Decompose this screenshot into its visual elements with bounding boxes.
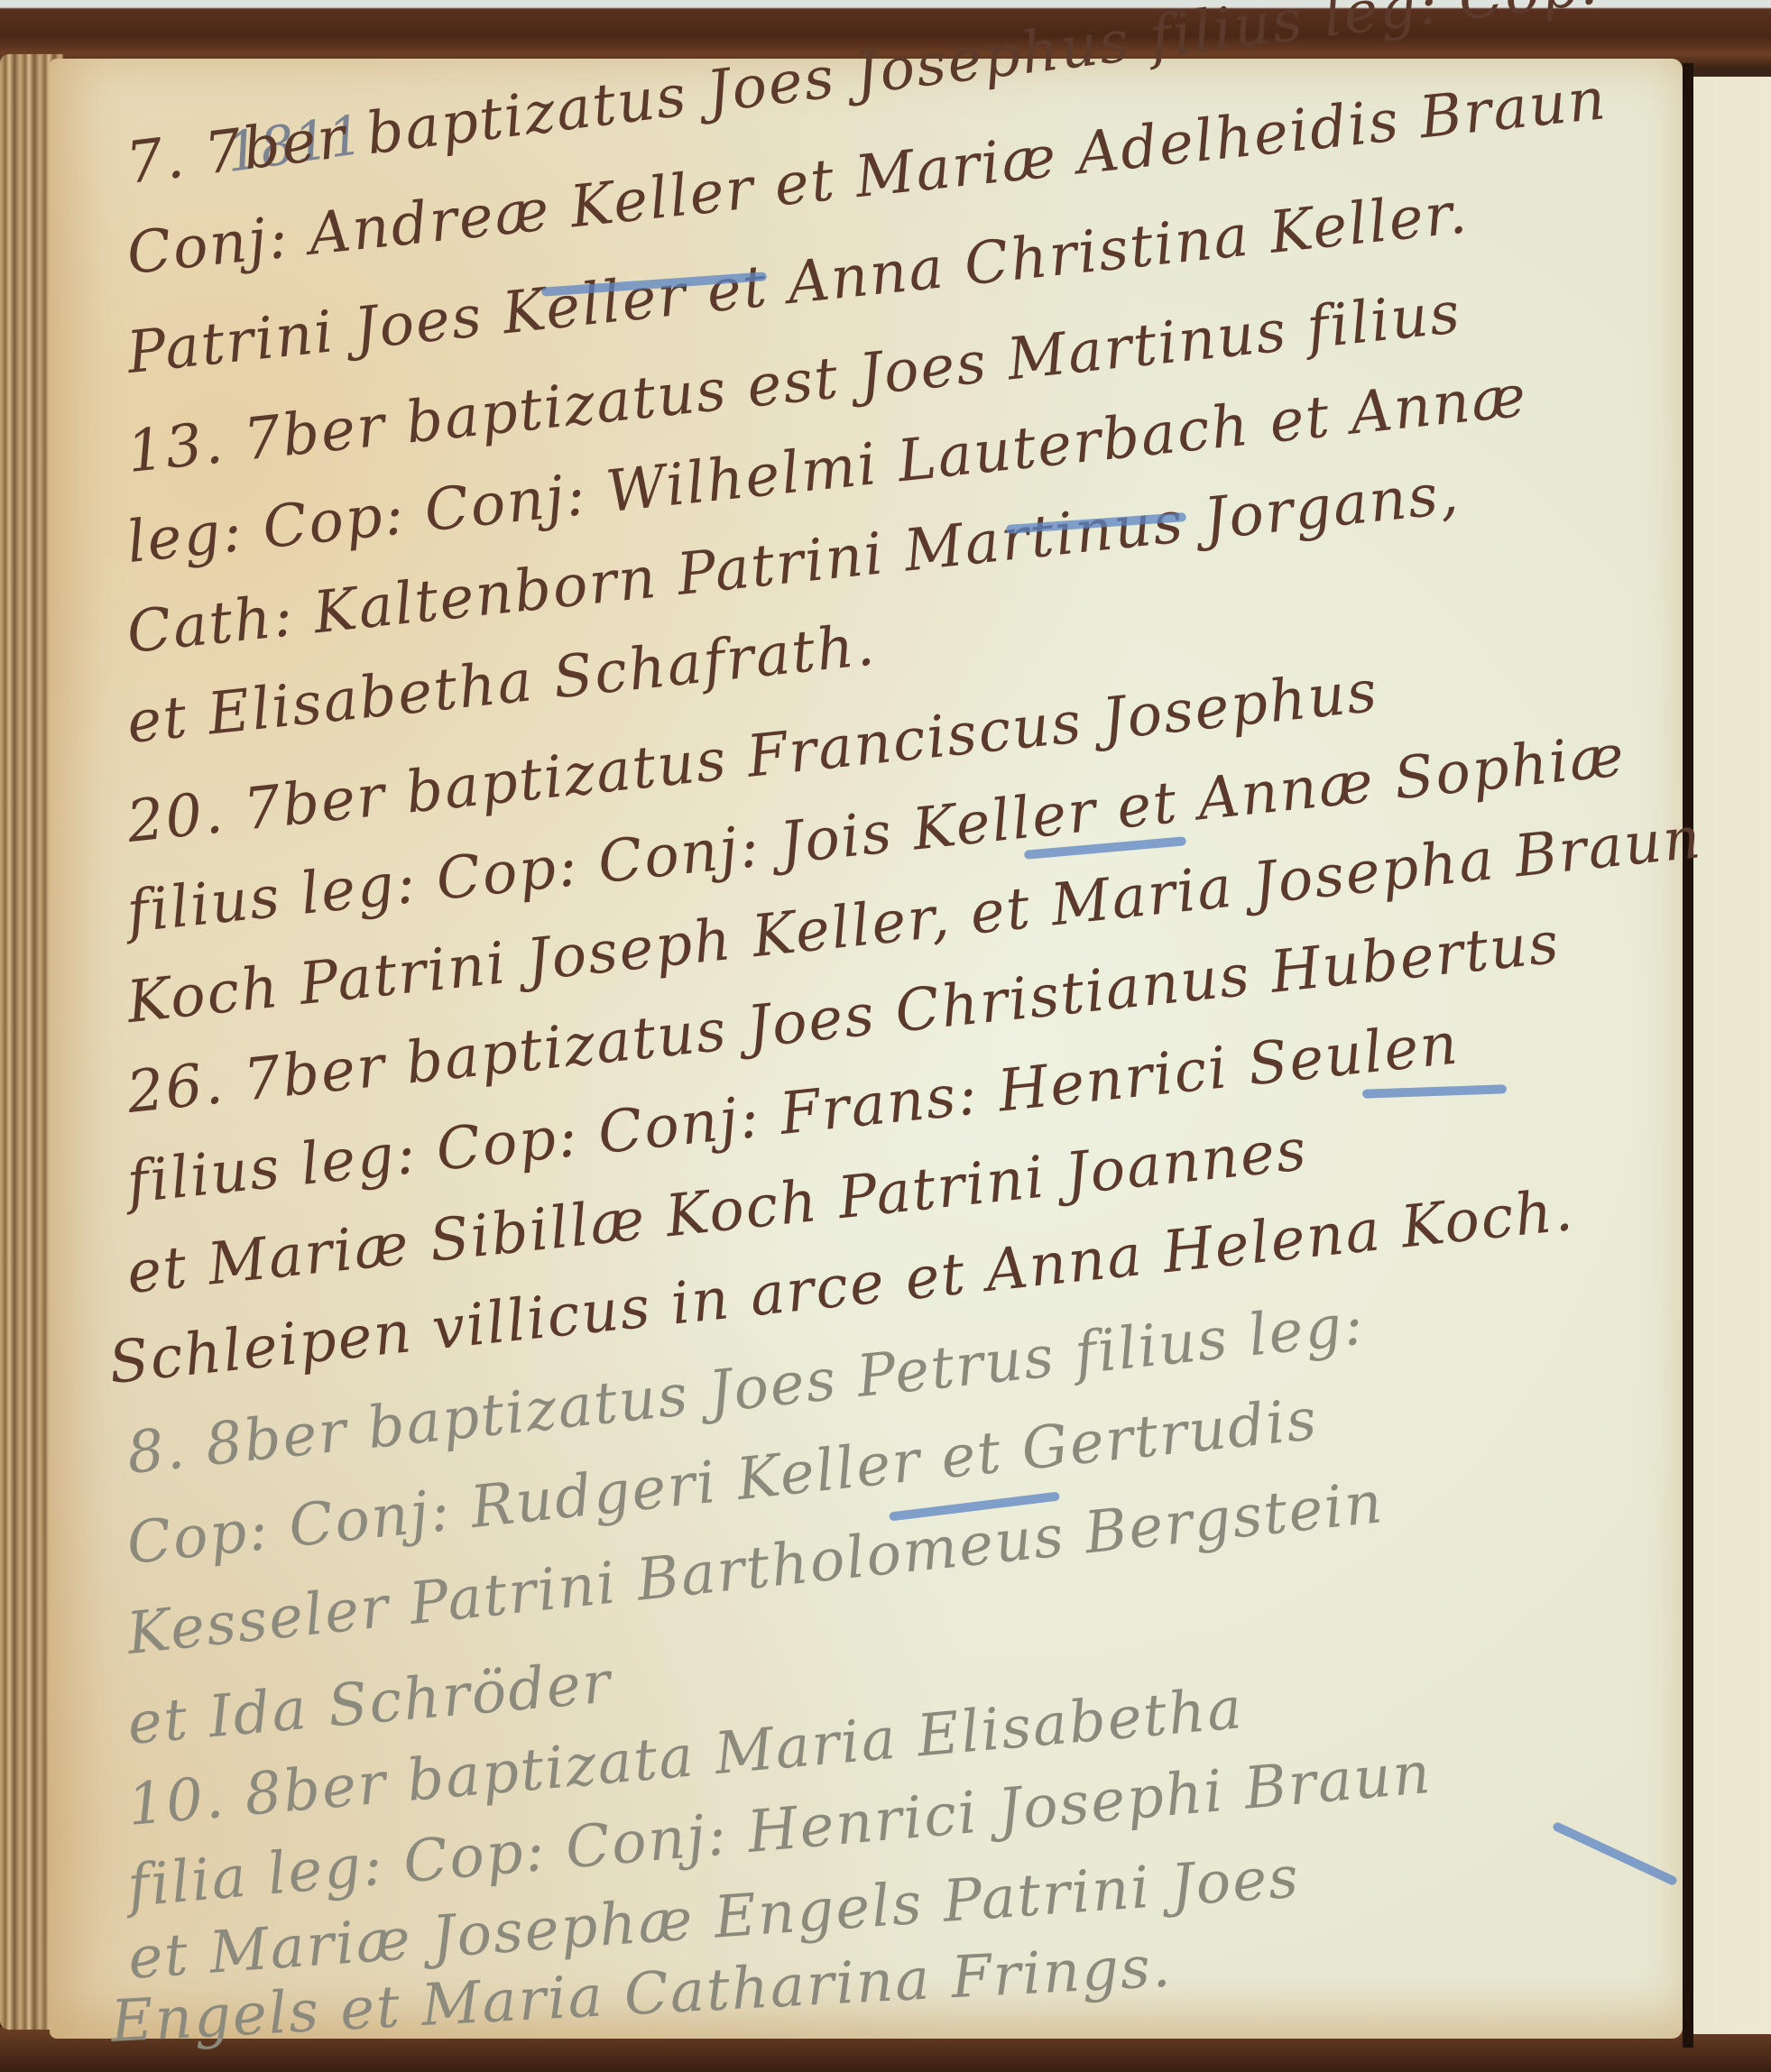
blue-underline-braun xyxy=(1552,1821,1678,1886)
adjacent-page xyxy=(1693,77,1771,2034)
blue-underline-seulen xyxy=(1362,1084,1507,1099)
book-gutter xyxy=(1683,63,1693,2048)
register-page: 1811 7. 7ber baptizatus Joes Josephus fi… xyxy=(50,59,1683,2039)
